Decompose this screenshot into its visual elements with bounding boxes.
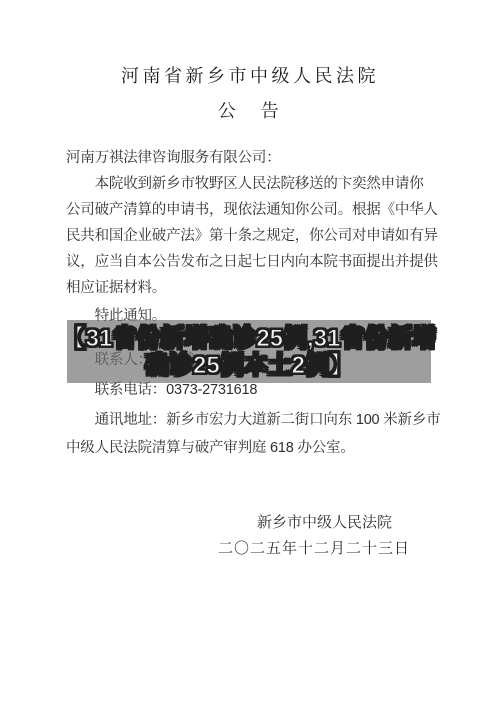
signature-date: 二〇二五年十二月二十三日: [218, 536, 410, 562]
contact-address-line: 通讯地址：新乡市宏力大道新二街口向东 100 米新乡市: [66, 405, 438, 435]
announcement-body: 河南万祺法律咨询服务有限公司： 本院收到新乡市牧野区人民法院移送的卞奕然申请你 …: [66, 145, 438, 461]
body-line: 议，应当自本公告发布之日起七日内向本院书面提出并提供: [66, 249, 438, 275]
signature-block: 新乡市中级人民法院 二〇二五年十二月二十三日: [218, 510, 410, 562]
court-name-title: 河南省新乡市中级人民法院: [0, 62, 500, 88]
signature-court-name: 新乡市中级人民法院: [218, 510, 392, 536]
body-line: 民共和国企业破产法》第十条之规定，你公司对申请如有异: [66, 223, 438, 249]
body-line: 公司破产清算的申请书，现依法通知你公司。根据《中华人: [66, 197, 438, 223]
headline-overlay-band: 【31省份新增确诊25例,31省份新增 确诊25例本土2例】: [67, 320, 431, 383]
headline-line-2: 确诊25例本土2例】: [145, 352, 353, 379]
court-announcement-page: 河南省新乡市中级人民法院 公 告 河南万祺法律咨询服务有限公司： 本院收到新乡市…: [0, 0, 500, 706]
body-line: 相应证据材料。: [66, 275, 438, 301]
contact-address-line2: 中级人民法院清算与破产审判庭 618 办公室。: [66, 435, 438, 461]
doc-type-title: 公 告: [0, 97, 500, 123]
headline-line-1: 【31省份新增确诊25例,31省份新增: [62, 325, 437, 352]
recipient-line: 河南万祺法律咨询服务有限公司：: [66, 145, 438, 171]
body-line: 本院收到新乡市牧野区人民法院移送的卞奕然申请你: [66, 171, 438, 197]
